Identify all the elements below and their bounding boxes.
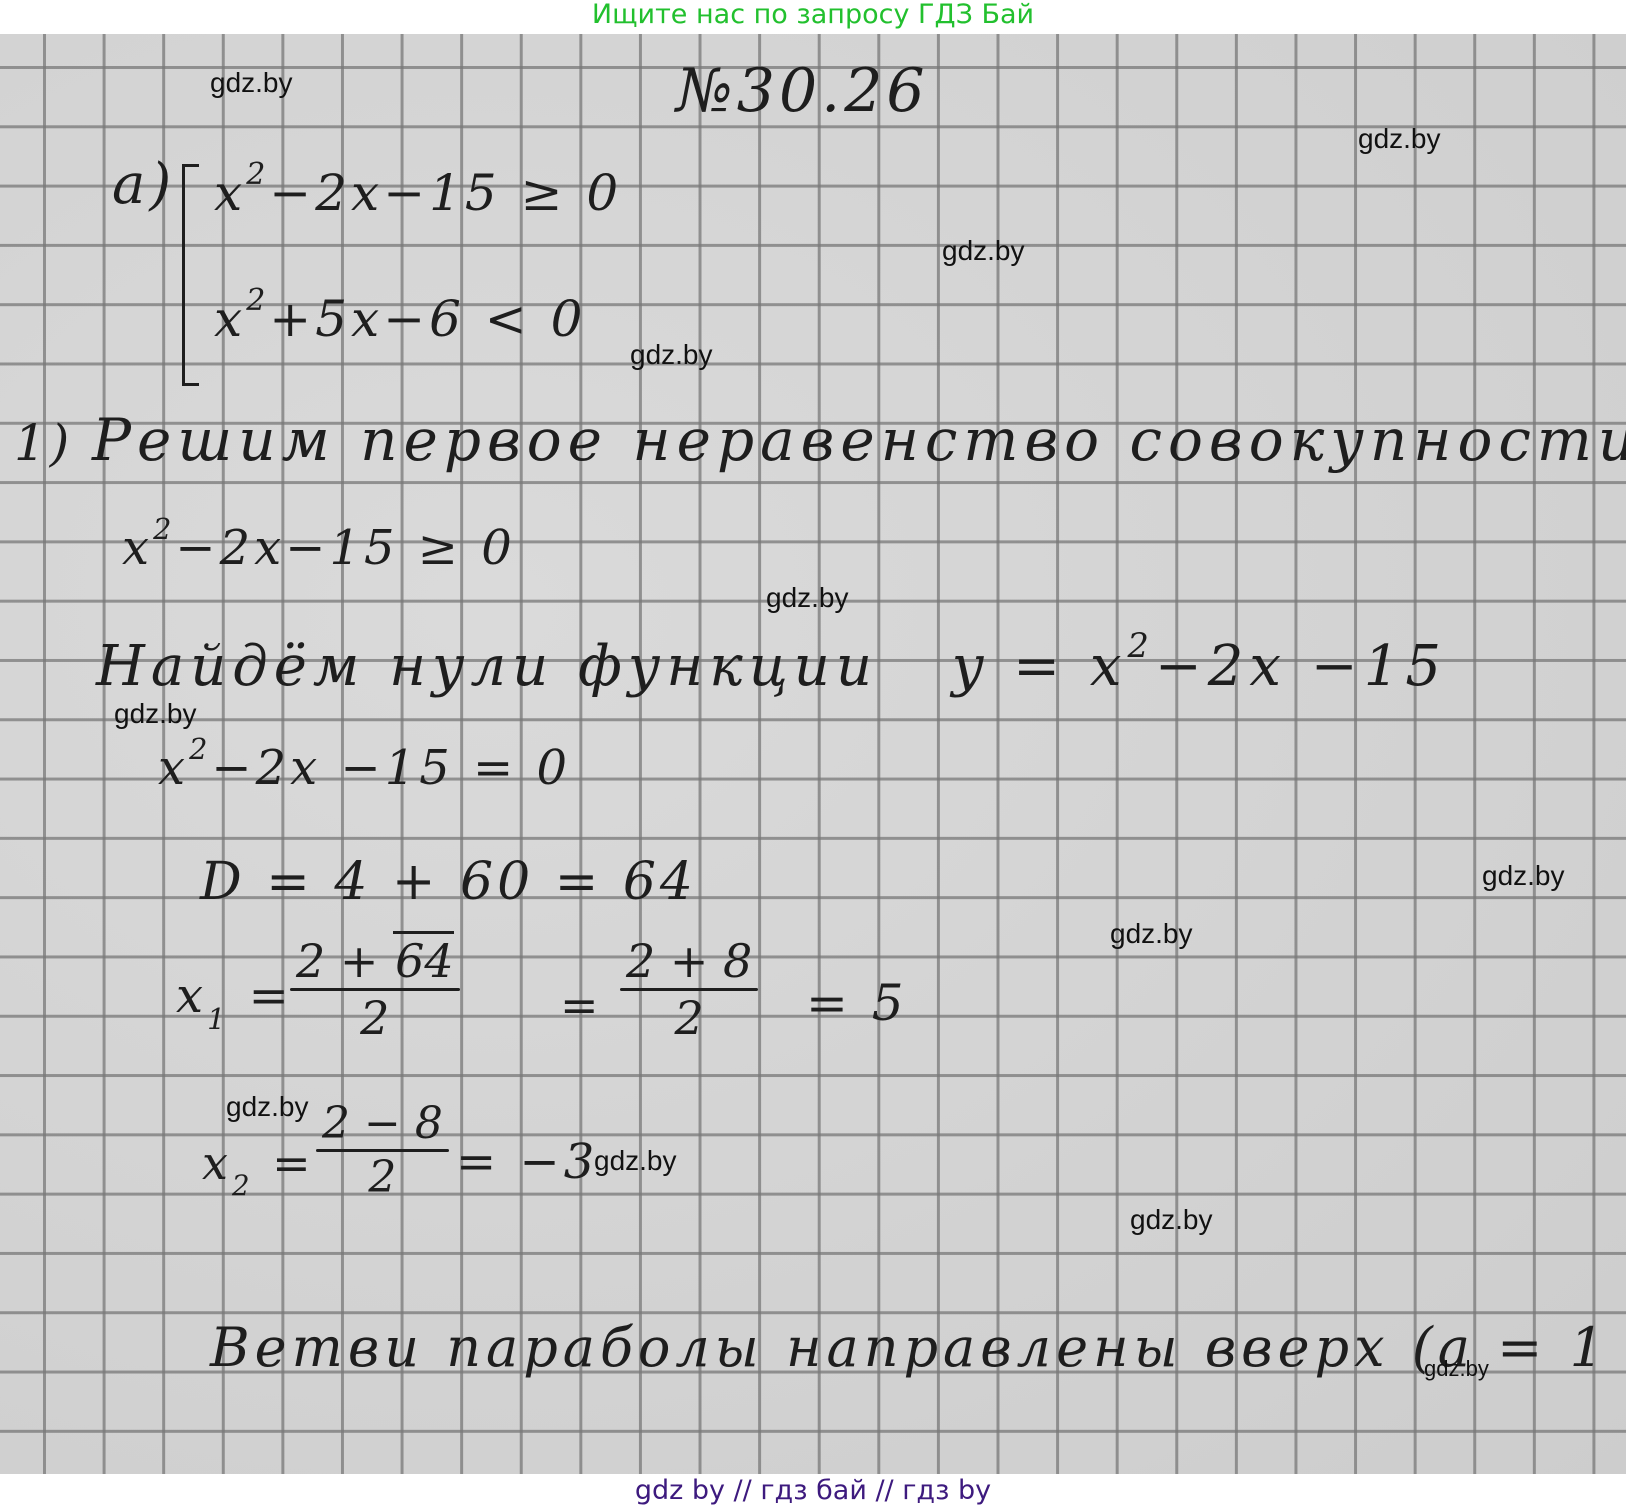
watermark: gdz.by — [114, 698, 197, 730]
root-1-fraction-1: 2 + 64 2 — [290, 934, 460, 1045]
square-root: 64 — [393, 931, 454, 988]
watermark: gdz.by — [210, 67, 293, 99]
watermark: gdz.by — [942, 235, 1025, 267]
variable: x — [176, 968, 207, 1024]
denominator: 2 — [675, 991, 704, 1045]
index: 1 — [207, 1002, 229, 1036]
numerator-part: 2 + — [296, 934, 393, 988]
variable: x — [214, 290, 246, 348]
variable: x — [214, 164, 246, 222]
watermark: gdz.by — [1358, 123, 1441, 155]
root-2-fraction: 2 − 8 2 — [316, 1098, 449, 1203]
exponent: 2 — [189, 732, 211, 766]
root-1-fraction-2: 2 + 8 2 — [620, 934, 758, 1045]
denominator: 2 — [360, 991, 389, 1045]
root-1-result: = 5 — [806, 974, 908, 1032]
numerator: 2 − 8 — [316, 1098, 449, 1149]
index: 2 — [232, 1169, 254, 1202]
find-zeros-text: Найдём нули функции — [96, 634, 878, 699]
graph-paper-page: №30.26 а) x2−2x−15 ≥ 0 x2+5x−6 < 0 1) Ре… — [0, 34, 1626, 1474]
watermark: gdz.by — [1130, 1204, 1213, 1236]
find-zeros-line: Найдём нули функции y = x2−2x −15 — [96, 634, 1447, 699]
step-marker: 1) — [14, 414, 73, 472]
expression: −2x −15 = 0 — [211, 740, 571, 796]
denominator: 2 — [368, 1152, 396, 1203]
step-heading: Решим первое неравенство совокупности — [92, 406, 1626, 474]
first-inequality: x2−2x−15 ≥ 0 — [122, 520, 516, 576]
root-2-label: x2 = — [202, 1136, 315, 1196]
expression: −2x−15 ≥ 0 — [175, 520, 515, 576]
function-name: y = x — [952, 634, 1128, 699]
watermark: gdz.by — [766, 582, 849, 614]
root-2-result: = −3 — [456, 1134, 598, 1190]
system-inequality-2: x2+5x−6 < 0 — [214, 290, 586, 348]
problem-number: №30.26 — [676, 56, 929, 126]
function-expression: −2x −15 — [1155, 634, 1447, 699]
watermark: gdz.by — [226, 1091, 309, 1123]
site-links-footer: gdz by // гдз бай // гдз by — [0, 1474, 1626, 1511]
part-label: а) — [112, 152, 175, 217]
watermark: gdz.by — [1482, 860, 1565, 892]
equals-sign: = — [560, 978, 603, 1032]
search-hint-banner: Ищите нас по запросу ГДЗ Бай — [0, 0, 1626, 34]
watermark: gdz.by — [1424, 1356, 1489, 1382]
exponent: 2 — [153, 512, 175, 546]
variable: x — [122, 520, 153, 576]
watermark: gdz.by — [1110, 918, 1193, 950]
expression: +5x−6 < 0 — [269, 290, 586, 348]
watermark: gdz.by — [630, 339, 713, 371]
exponent: 2 — [246, 283, 269, 318]
system-inequality-1: x2−2x−15 ≥ 0 — [214, 164, 622, 222]
parabola-conclusion: Ветви параболы направлены вверх (a = 1 >… — [210, 1316, 1626, 1379]
numerator: 2 + 8 — [620, 934, 758, 988]
variable: x — [158, 740, 189, 796]
collection-bracket — [182, 164, 199, 386]
watermark: gdz.by — [594, 1145, 677, 1177]
exponent: 2 — [1127, 626, 1154, 665]
quadratic-equation: x2−2x −15 = 0 — [158, 740, 571, 796]
exponent: 2 — [246, 157, 269, 192]
root-1-label: x1 = — [176, 968, 293, 1030]
expression: −2x−15 ≥ 0 — [269, 164, 622, 222]
discriminant: D = 4 + 60 = 64 — [200, 852, 697, 912]
variable: x — [202, 1136, 232, 1190]
